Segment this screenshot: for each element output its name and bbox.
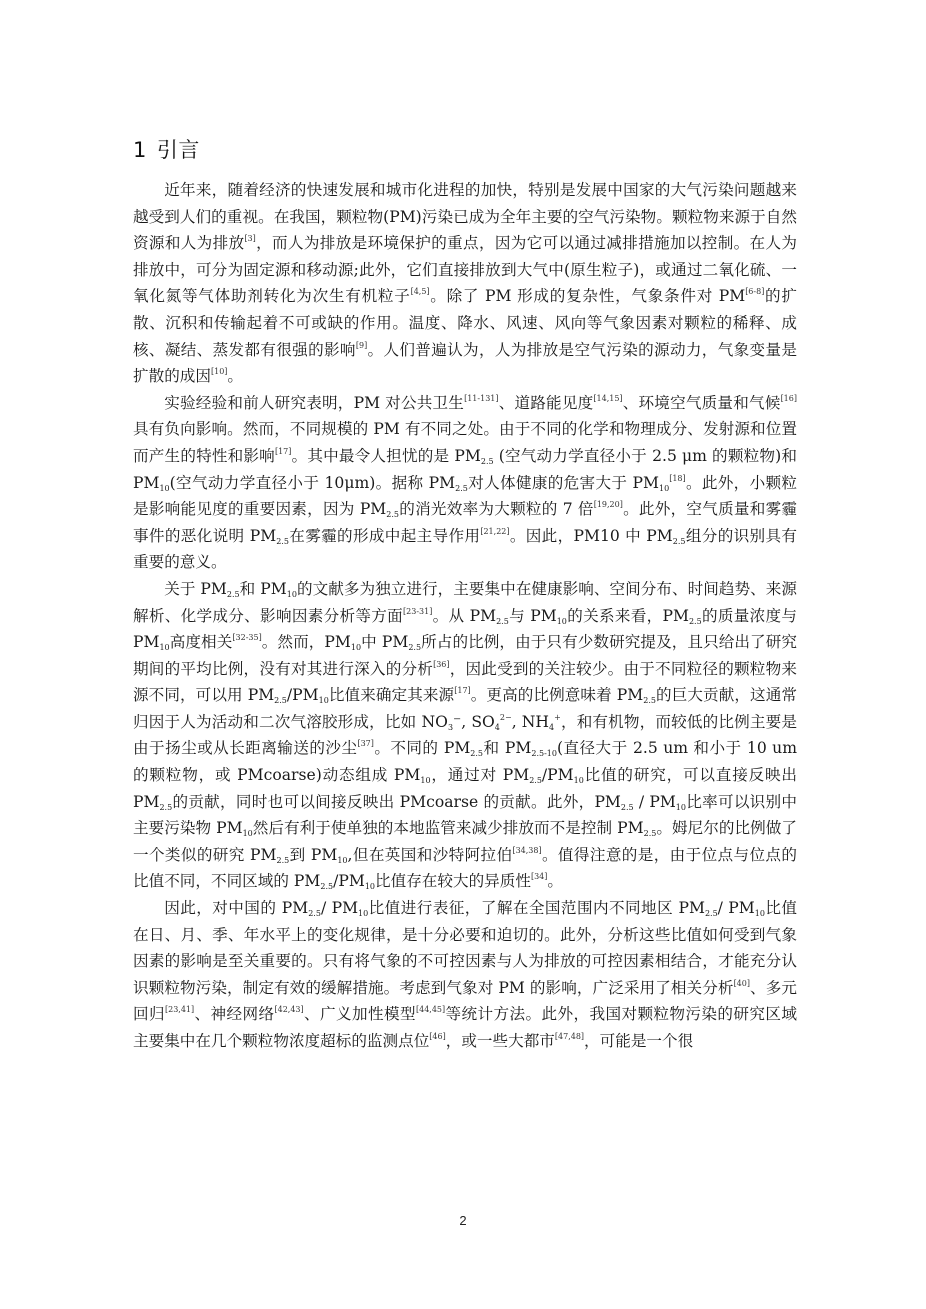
paragraph-3: 关于 PM2.5和 PM10的文献多为独立进行，主要集中在健康影响、空间分布、时… — [133, 576, 797, 895]
subscript: 10 — [159, 484, 169, 493]
superscript: + — [554, 713, 561, 722]
citation: [9] — [356, 341, 367, 350]
subscript: 10 — [358, 909, 368, 918]
citation: [6-8] — [745, 287, 764, 296]
subscript: 2.5 — [481, 457, 494, 466]
citation: [36] — [433, 660, 449, 669]
subscript: 2.5 — [673, 537, 686, 546]
subscript: 2.5-10 — [531, 749, 557, 758]
citation: [23,41] — [165, 1005, 194, 1014]
section-title: 引言 — [157, 138, 200, 162]
citation: [16] — [781, 394, 797, 403]
subscript: 2.5 — [408, 643, 421, 652]
subscript: 10 — [755, 909, 765, 918]
citation: [4,5] — [411, 287, 430, 296]
citation: [11-131] — [464, 394, 498, 403]
document-page: 1引言 近年来，随着经济的快速发展和城市化进程的加快，特别是发展中国家的大气污染… — [0, 0, 926, 1309]
subscript: 2.5 — [320, 882, 333, 891]
subscript: 10 — [420, 776, 430, 785]
subscript: 10 — [351, 643, 361, 652]
subscript: 2.5 — [644, 829, 657, 838]
subscript: 10 — [243, 829, 253, 838]
citation: [46] — [429, 1032, 445, 1041]
citation: [21,22] — [480, 527, 509, 536]
citation: [17] — [454, 686, 470, 695]
subscript: 10 — [337, 856, 347, 865]
paragraph-2: 实验经验和前人研究表明，PM 对公共卫生[11-131]、道路能见度[14,15… — [133, 390, 797, 576]
subscript: 2.5 — [308, 909, 321, 918]
subscript: 10 — [319, 696, 329, 705]
subscript: 2.5 — [470, 749, 483, 758]
subscript: 4 — [549, 723, 554, 732]
subscript: 10 — [287, 590, 297, 599]
page-number: 2 — [0, 1213, 926, 1228]
citation: [42,43] — [275, 1005, 304, 1014]
citation: [23-31] — [403, 607, 432, 616]
citation: [40] — [734, 979, 750, 988]
superscript: 2− — [500, 713, 512, 722]
citation: [34,38] — [512, 846, 541, 855]
citation: [17] — [275, 447, 291, 456]
subscript: 10 — [659, 484, 669, 493]
subscript: 2.5 — [274, 696, 287, 705]
subscript: 10 — [574, 776, 584, 785]
subscript: 4 — [495, 723, 500, 732]
subscript: 2.5 — [277, 856, 290, 865]
paragraph-1: 近年来，随着经济的快速发展和城市化进程的加快，特别是发展中国家的大气污染问题越来… — [133, 177, 797, 390]
subscript: 2.5 — [529, 776, 542, 785]
section-heading: 1引言 — [133, 134, 200, 164]
citation: [32-35] — [232, 633, 261, 642]
subscript: 10 — [365, 882, 375, 891]
subscript: 10 — [557, 617, 567, 626]
citation: [47,48] — [555, 1032, 584, 1041]
citation: [3] — [244, 234, 255, 243]
citation: [19,20] — [594, 500, 623, 509]
subscript: 2.5 — [705, 909, 718, 918]
citation: [18] — [669, 474, 685, 483]
subscript: 2.5 — [496, 617, 509, 626]
subscript: 2.5 — [621, 803, 634, 812]
subscript: 2.5 — [227, 590, 240, 599]
citation: [34] — [531, 872, 547, 881]
subscript: 10 — [159, 643, 169, 652]
subscript: 2.5 — [689, 617, 702, 626]
paragraph-4: 因此，对中国的 PM2.5/ PM10比值进行表征，了解在全国范围内不同地区 P… — [133, 895, 797, 1055]
citation: [14,15] — [593, 394, 622, 403]
citation: [10] — [211, 367, 227, 376]
section-number: 1 — [133, 138, 147, 162]
subscript: 3 — [448, 723, 453, 732]
body-text: 近年来，随着经济的快速发展和城市化进程的加快，特别是发展中国家的大气污染问题越来… — [133, 177, 797, 1055]
subscript: 10 — [676, 803, 686, 812]
subscript: 2.5 — [276, 537, 289, 546]
citation: [37] — [357, 739, 373, 748]
citation: [44,45] — [416, 1005, 445, 1014]
subscript: 2.5 — [159, 803, 172, 812]
subscript: 2.5 — [455, 484, 468, 493]
subscript: 2.5 — [386, 510, 399, 519]
subscript: 2.5 — [643, 696, 656, 705]
